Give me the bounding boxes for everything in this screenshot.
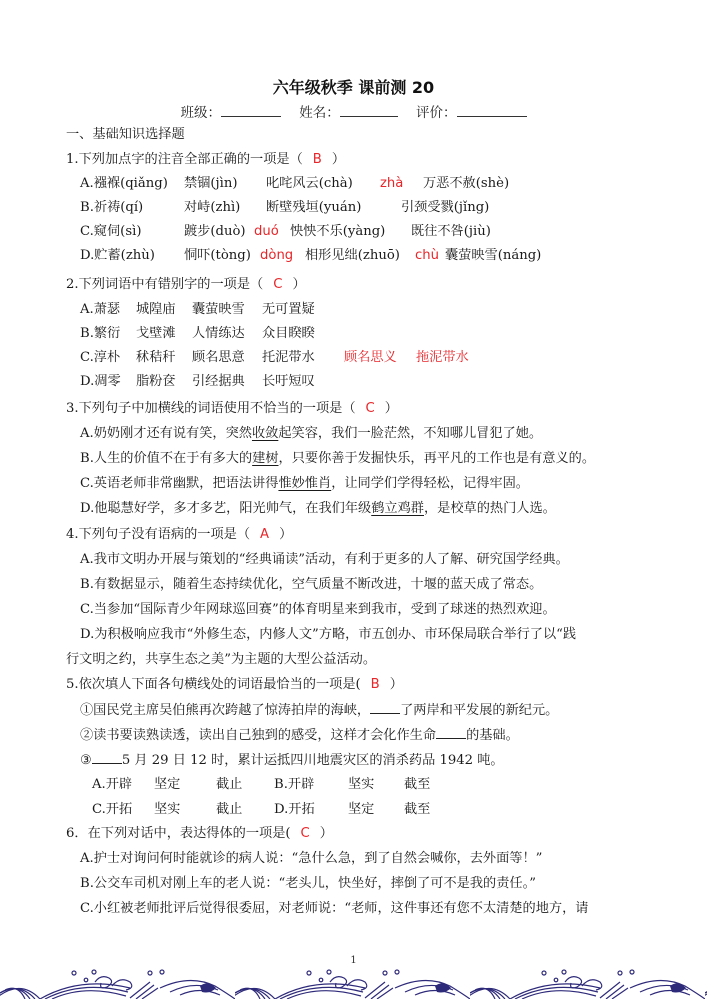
answer-mark: B [361,676,390,694]
page-title: 六年级秋季 课前测 20 [0,75,707,98]
question-6-option-b: B.公交车司机对刚上车的老人说：“老头儿，快坐好，摔倒了可不是我的责任。” [80,875,536,893]
student-info-row: 班级： 姓名： 评价： [0,101,707,121]
grade-label: 评价： [416,105,457,121]
fill-blank[interactable] [92,751,122,764]
underlined-word: 收敛 [252,426,278,441]
correction-text: chù [415,247,439,265]
correction-text: 拖泥带水 [416,349,469,367]
question-4-option-d-continued: 行文明之约，共享生态之美”为主题的大型公益活动。 [66,651,376,669]
question-2-stem: 2.下列词语中有错别字的一项是（C） [66,276,306,294]
correction-text: duó [254,223,279,241]
correction-text: dòng [260,247,293,265]
answer-mark: A [250,526,279,544]
question-5-sentence-1: ①国民党主席吴伯熊再次跨越了惊涛拍岸的海峡，了两岸和平发展的新纪元。 [80,701,558,720]
question-4-option-d: D.为积极响应我市“外修生态，内修人文”方略，市五创办、市环保局联合举行了以“践 [80,626,576,644]
underlined-word: 惟妙惟肖 [278,476,331,491]
question-1-stem: 1.下列加点字的注音全部正确的一项是（B） [66,151,345,169]
question-4-option-a: A.我市文明办开展与策划的“经典诵读”活动，有利于更多的人了解、研究国学经典。 [80,551,569,569]
question-6-stem: 6．在下列对话中，表达得体的一项是(C） [66,825,333,843]
question-5-sentence-2: ②读书要读熟读透，读出自己独到的感受，这样才会化作生命的基础。 [80,726,519,745]
question-6-option-a: A.护士对询问何时能就诊的病人说：“急什么急，到了自然会喊你，去外面等！” [80,850,542,868]
fill-blank[interactable] [436,726,466,739]
question-4-stem: 4.下列句子没有语病的一项是（A） [66,526,292,544]
grade-field[interactable] [457,103,527,117]
question-4-option-c: C.当参加“国际青少年网球巡回赛”的体育明星来到我市，受到了球迷的热烈欢迎。 [80,601,556,619]
question-4-option-b: B.有数据显示，随着生态持续优化，空气质量不断改进，十堰的蓝天成了常态。 [80,576,542,594]
question-3-option-d: D.他聪慧好学，多才多艺，阳光帅气，在我们年级鹤立鸡群，是校草的热门人选。 [80,500,556,518]
name-field[interactable] [340,103,398,117]
answer-mark: C [356,400,385,418]
question-3-stem: 3.下列句子中加横线的词语使用不恰当的一项是（C） [66,400,398,418]
class-field[interactable] [221,103,281,117]
question-5-sentence-3: ③5 月 29 日 12 时，累计运抵四川地震灾区的消杀药品 1942 吨。 [80,751,504,770]
question-3-option-a: A.奶奶刚才还有说有笑，突然收敛起笑容，我们一脸茫然，不知哪儿冒犯了她。 [80,425,542,443]
question-3-option-c: C.英语老师非常幽默，把语法讲得惟妙惟肖，让同学们学得轻松，记得牢固。 [80,475,529,493]
fill-blank[interactable] [370,701,400,714]
page-number: 1 [0,955,707,966]
answer-mark: C [291,825,320,843]
exam-page: 六年级秋季 课前测 20 班级： 姓名： 评价： 一、基础知识选择题 1.下列加… [0,0,707,999]
section-title: 一、基础知识选择题 [66,126,185,144]
class-label: 班级： [180,105,221,121]
name-label: 姓名： [299,105,340,121]
answer-mark: C [263,276,292,294]
question-3-option-b: B.人生的价值不在于有多大的建树，只要你善于发掘快乐，再平凡的工作也是有意义的。 [80,450,595,468]
underlined-word: 鹤立鸡群 [371,501,424,516]
question-6-option-c: C.小红被老师批评后觉得很委屈，对老师说：“老师，这件事还有您不太清楚的地方，请 [80,900,589,918]
answer-mark: B [303,151,332,169]
correction-text: zhà [380,175,403,193]
question-5-stem: 5.依次填人下面各句横线处的词语最恰当的一项是(B） [66,676,403,694]
underlined-word: 建树 [252,451,278,466]
correction-text: 顾名思义 [344,349,397,367]
wave-border-decoration [0,968,707,999]
